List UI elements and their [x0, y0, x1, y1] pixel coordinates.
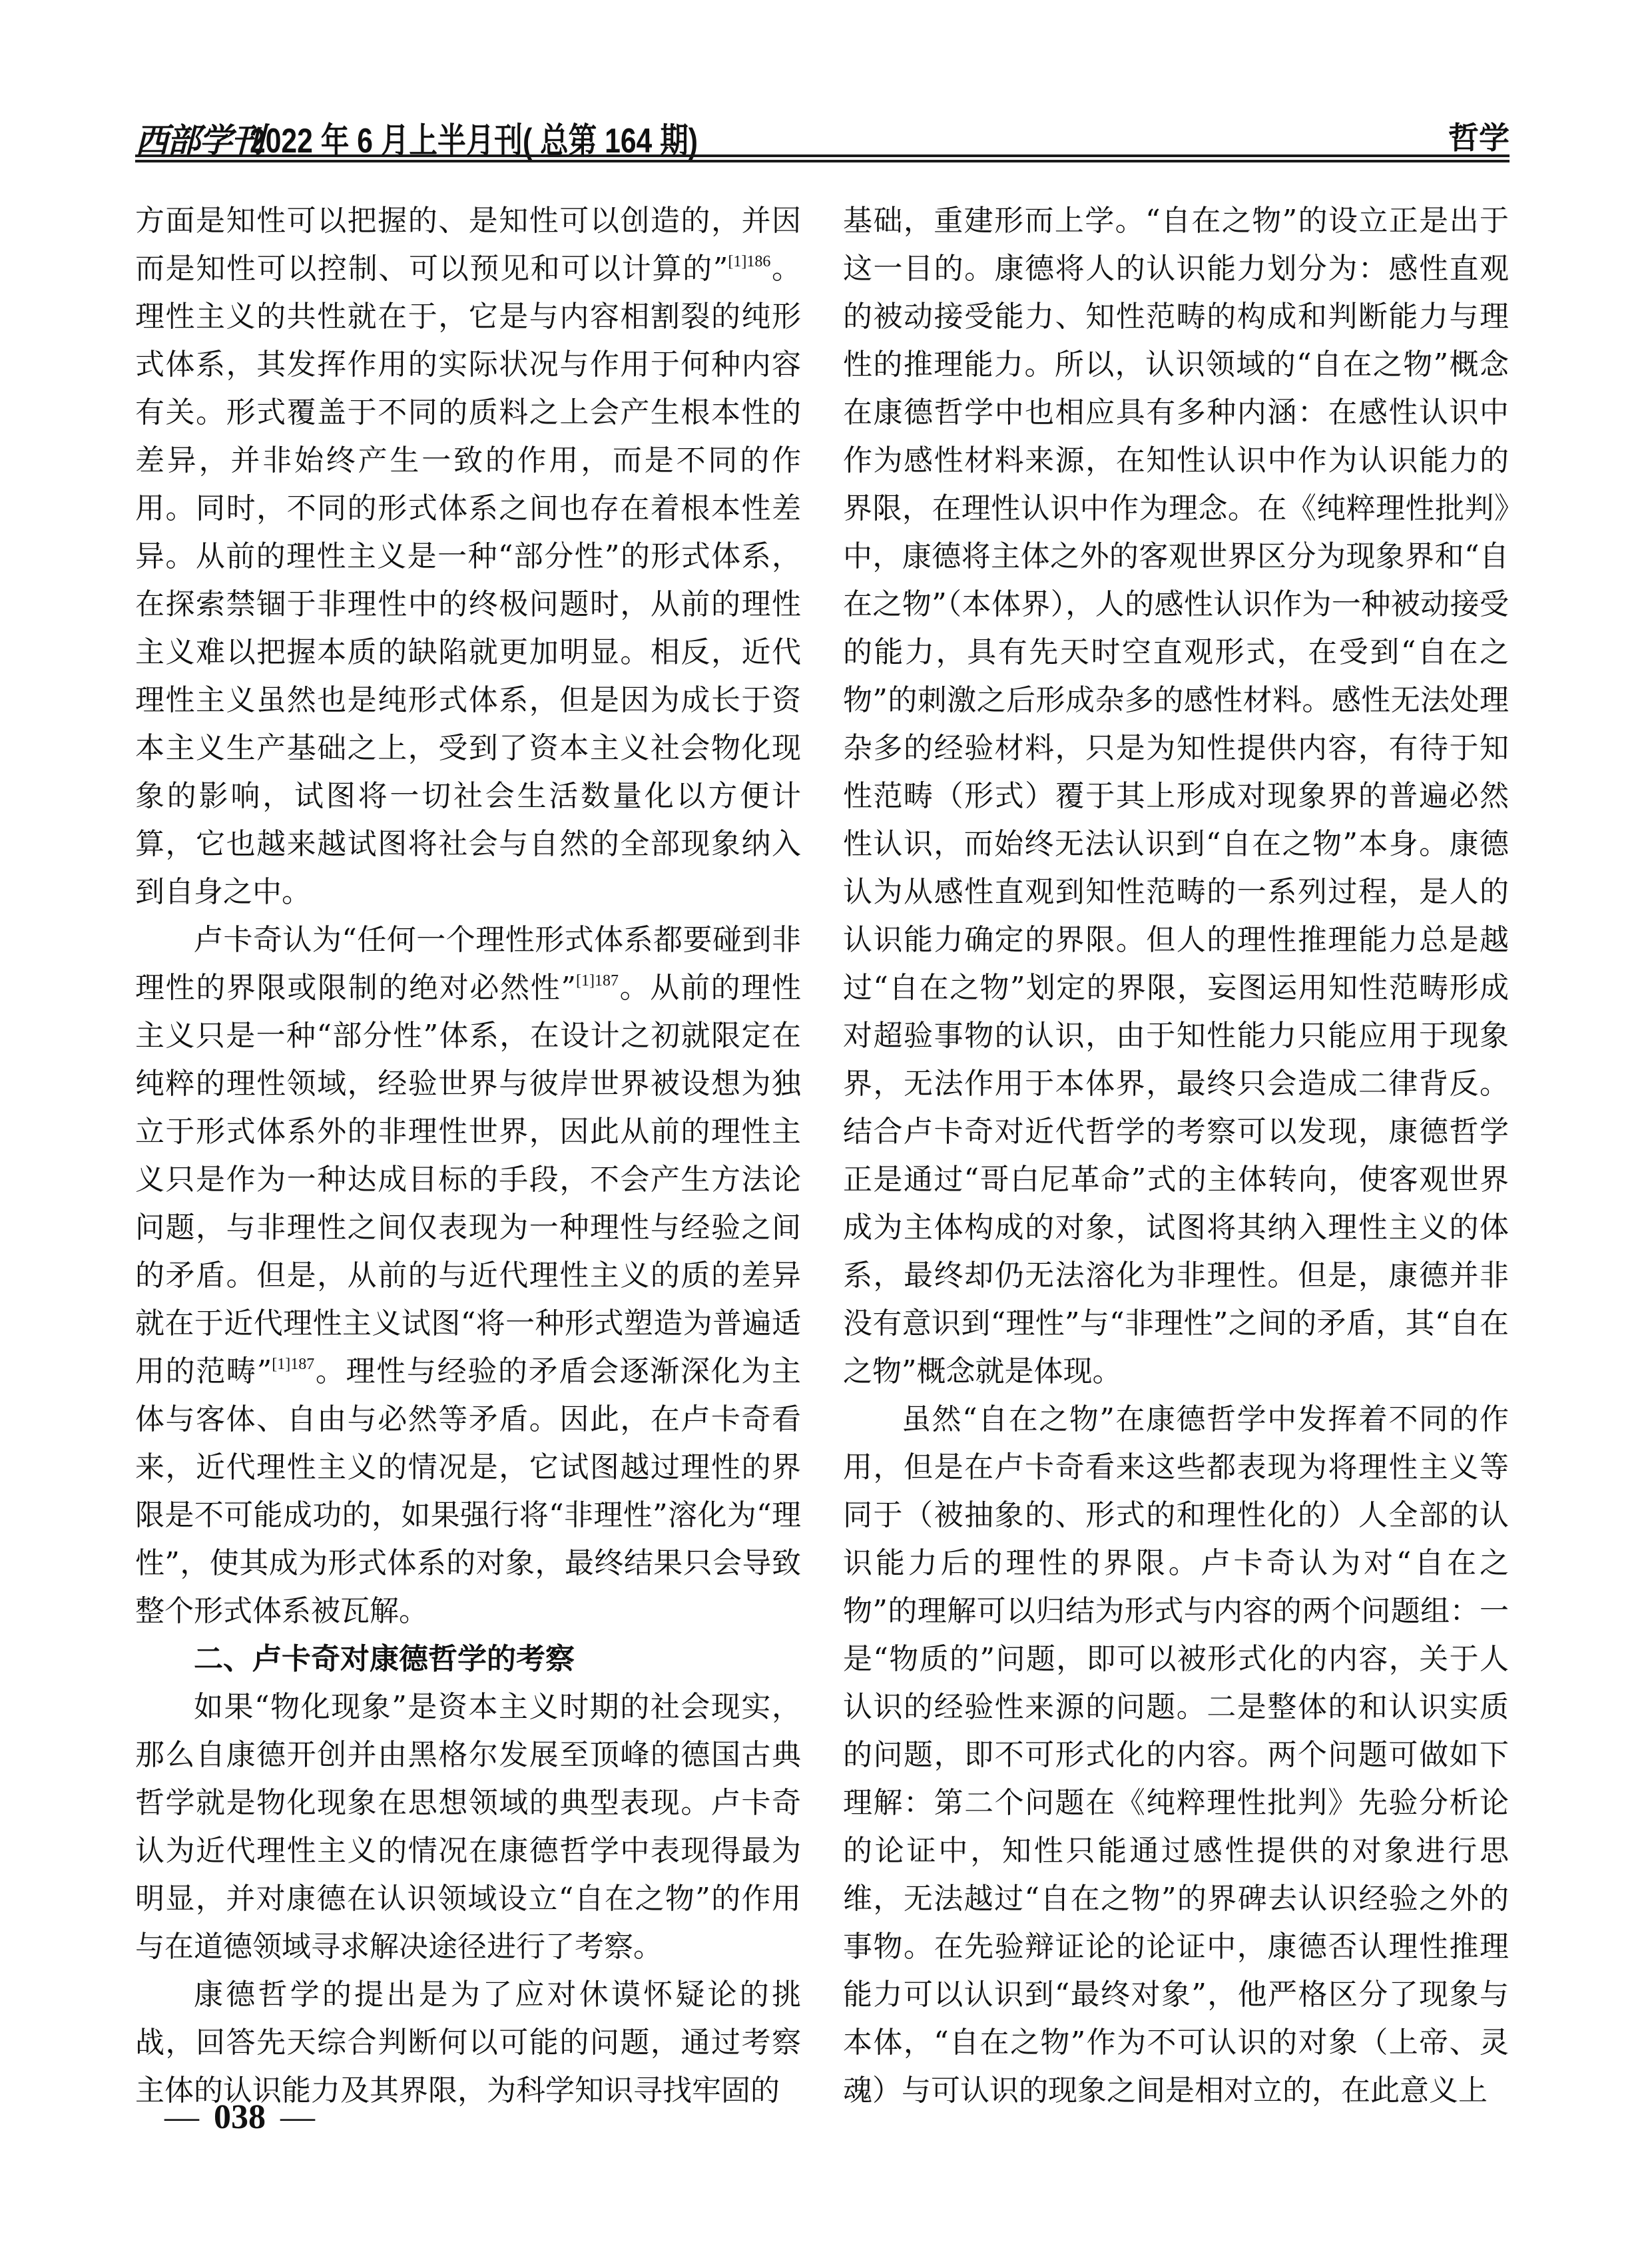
- paragraph-continued: 方面是知性可以把握的、是知性可以创造的，并因而是知性可以控制、可以预见和可以计算…: [135, 197, 801, 916]
- citation: [1]186: [728, 253, 770, 270]
- paragraph-continued: 基础，重建形而上学。“自在之物”的设立正是出于这一目的。康德将人的认识能力划分为…: [843, 197, 1509, 1396]
- page-number: 038: [214, 2098, 266, 2136]
- running-header: 西部学刊 2022 年 6 月上半月刊( 总第 164 期) 哲学: [135, 110, 1510, 156]
- paragraph: 卢卡奇认为“任何一个理性形式体系都要碰到非理性的界限或限制的绝对必然性”[1]1…: [135, 916, 801, 1635]
- paragraph: 如果“物化现象”是资本主义时期的社会现实，那么自康德开创并由黑格尔发展至顶峰的德…: [135, 1683, 801, 1971]
- left-column: 方面是知性可以把握的、是知性可以创造的，并因而是知性可以控制、可以预见和可以计算…: [135, 197, 801, 2115]
- footer-dash-right: —: [280, 2098, 315, 2136]
- paragraph: 虽然“自在之物”在康德哲学中发挥着不同的作用，但是在卢卡奇看来这些都表现为将理性…: [843, 1396, 1509, 2115]
- citation: [1]187: [576, 972, 619, 989]
- section-heading: 二、卢卡奇对康德哲学的考察: [135, 1635, 801, 1683]
- page-footer: —038—: [150, 2098, 330, 2137]
- header-rule-bottom: [135, 160, 1510, 162]
- section-label: 哲学: [1448, 114, 1510, 158]
- header-rule-top: [135, 154, 1510, 157]
- footer-dash-left: —: [164, 2098, 199, 2136]
- right-column: 基础，重建形而上学。“自在之物”的设立正是出于这一目的。康德将人的认识能力划分为…: [843, 197, 1509, 2115]
- citation: [1]187: [272, 1356, 314, 1373]
- paragraph: 康德哲学的提出是为了应对休谟怀疑论的挑战，回答先天综合判断何以可能的问题，通过考…: [135, 1971, 801, 2115]
